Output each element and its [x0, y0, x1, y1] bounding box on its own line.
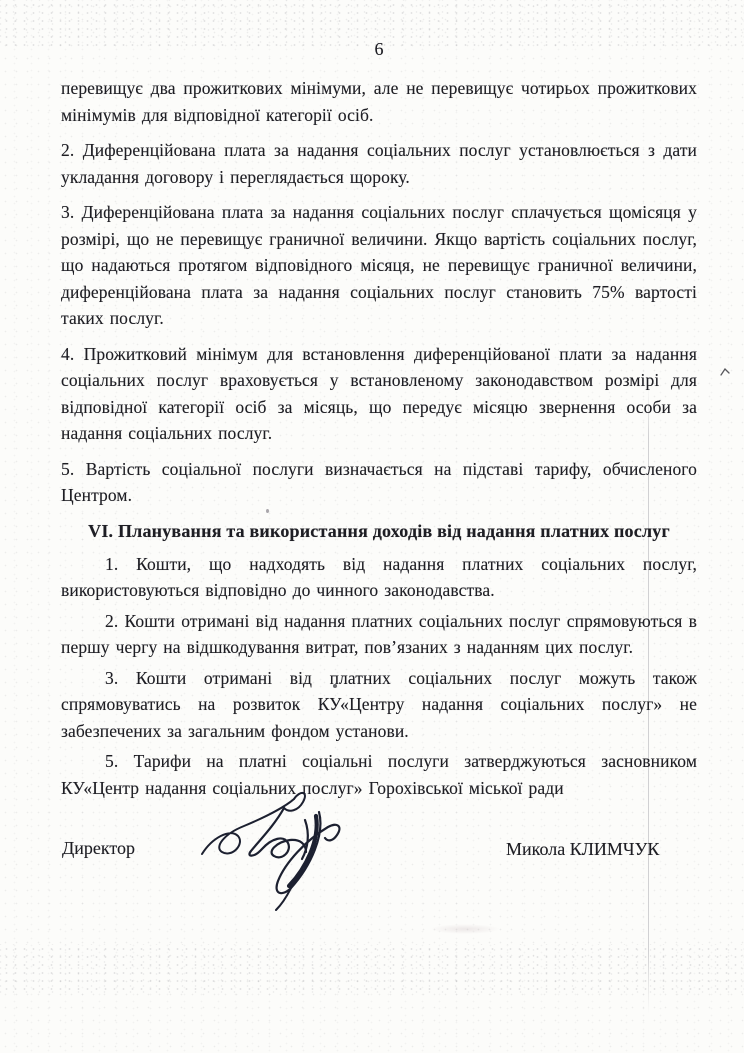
paragraph-continuation: перевищує два прожиткових мінімуми, але … — [61, 75, 697, 128]
section-vi-item-2: 2. Кошти отримані від надання платних со… — [61, 608, 697, 661]
section-vi-item-3: 3. Кошти отримані від платних соціальних… — [61, 665, 697, 745]
signature-name: Микола КЛИМЧУК — [506, 839, 659, 860]
paragraph-item-3: 3. Диференційована плата за надання соці… — [61, 199, 697, 332]
document-body: 6 перевищує два прожиткових мінімуми, ал… — [61, 36, 697, 805]
section-vi-item-1: 1. Кошти, що надходять від надання платн… — [61, 551, 697, 604]
section-vi-heading: VI. Планування та використання доходів в… — [61, 518, 697, 544]
scan-smudge-artifact — [430, 924, 500, 934]
page-number: 6 — [61, 36, 697, 62]
handwritten-signature — [192, 782, 357, 914]
paragraph-item-5: 5. Вартість соціальної послуги визначаєт… — [61, 456, 697, 509]
paragraph-item-2: 2. Диференційована плата за надання соці… — [61, 137, 697, 190]
scan-noise-bottom — [0, 944, 744, 996]
scanned-document-page: 6 перевищує два прожиткових мінімуми, ал… — [0, 0, 744, 1053]
signature-role-label: Директор — [62, 838, 135, 859]
paragraph-item-4: 4. Прожитковий мінімум для встановлення … — [61, 341, 697, 447]
section-vi-item-5: 5. Тарифи на платні соціальні послуги за… — [61, 748, 697, 801]
caret-mark-artifact — [720, 363, 730, 381]
